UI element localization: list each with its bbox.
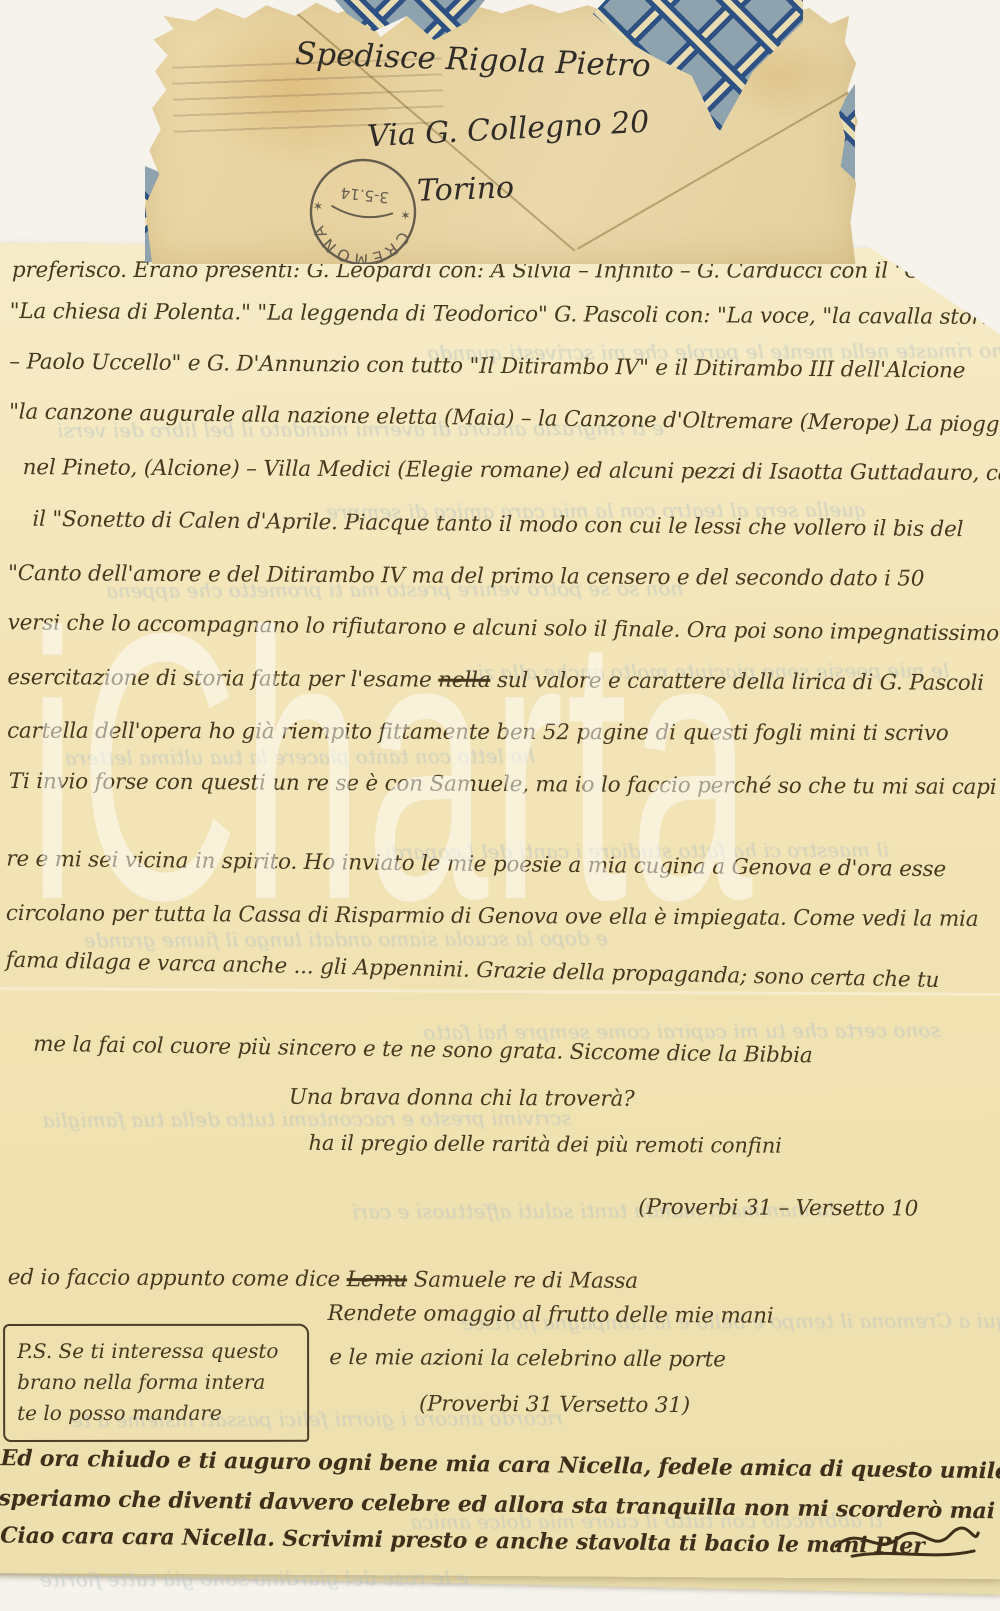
samuele-line-after: Samuele re di Massa xyxy=(407,1267,638,1293)
envelope-back: Spedisce Rigola Pietro Via G. Collegno 2… xyxy=(145,0,859,264)
letter-line-with-correction: ed io faccio appunto come dice Lemu Samu… xyxy=(8,1265,638,1294)
postmark-star: ✶ xyxy=(312,197,324,213)
crossed-out-word: nella xyxy=(438,668,490,693)
samuele-line-before: ed io faccio appunto come dice xyxy=(8,1265,347,1292)
bible-reference: (Proverbi 31 – Versetto 10 xyxy=(638,1195,918,1222)
letter-line: versi che lo accompagnano lo rifiutarono… xyxy=(8,610,1000,647)
letter-line: cartella dell'opera ho già riempito fitt… xyxy=(7,719,949,746)
psalm-line: Rendete omaggio al frutto delle mie mani xyxy=(327,1301,773,1329)
psalm-line: e le mie azioni la celebrino alle porte xyxy=(329,1345,726,1372)
ghost-line: ho letto con tanto piacere la tua ultima… xyxy=(65,744,535,770)
exam-line-after: sul valore e carattere della lirica di G… xyxy=(490,668,984,696)
psalm-reference: (Proverbi 31 Versetto 31) xyxy=(419,1392,690,1419)
ghost-line: e dopo la scuola siamo andati lungo il f… xyxy=(84,926,608,952)
postmark-date: 3-5.14 xyxy=(340,184,390,207)
signature-flourish xyxy=(832,1520,982,1565)
letter-line: "La chiesa di Polenta." "La leggenda di … xyxy=(10,299,1000,330)
postscript-line: brano nella forma intera xyxy=(17,1367,295,1398)
bible-quote-line: Una brava donna chi la troverà? xyxy=(289,1085,635,1112)
postscript-line: te lo posso mandare xyxy=(17,1398,295,1429)
letter-line: Ti invio forse con questi un re se è con… xyxy=(9,769,997,800)
postscript-line: P.S. Se ti interessa questo xyxy=(17,1336,295,1367)
letter-sheet: mi sono rimaste nella mente le parole ch… xyxy=(0,243,1000,1579)
closing-line: Ed ora chiudo e ti auguro ogni bene mia … xyxy=(0,1445,1000,1485)
letter-line-with-correction: esercitazione di storia fatta per l'esam… xyxy=(7,665,984,696)
postscript-box: P.S. Se ti interessa questo brano nella … xyxy=(3,1324,309,1442)
exam-line-before: esercitazione di storia fatta per l'esam… xyxy=(7,665,438,693)
scanned-letter-document: mi sono rimaste nella mente le parole ch… xyxy=(0,0,1000,1611)
ghost-line: e le rose del giardino sono già tutte fi… xyxy=(40,1566,469,1592)
postmark-stamp: CREMONA ✶ ✶ 3-5.14 xyxy=(303,152,423,272)
sender-city-line: Torino xyxy=(416,170,514,208)
crossed-out-word: Lemu xyxy=(347,1267,408,1292)
letter-line: fama dilaga e varca anche ... gli Appenn… xyxy=(5,948,939,993)
bible-quote-line: ha il pregio delle rarità dei più remoti… xyxy=(309,1131,782,1158)
letter-line: nel Pineto, (Alcione) – Villa Medici (El… xyxy=(23,455,1000,486)
postmark-star: ✶ xyxy=(399,206,411,222)
